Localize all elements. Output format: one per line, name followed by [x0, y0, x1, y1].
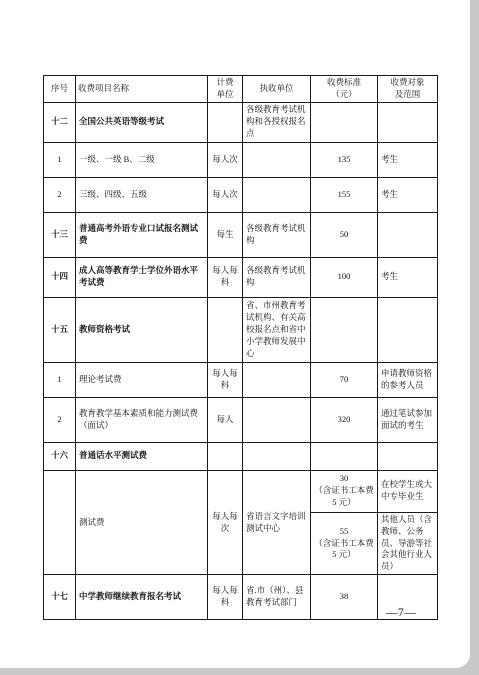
cell-name: 教育教学基本素质和能力测试费（面试） [76, 397, 208, 442]
cell-unit [208, 102, 243, 142]
cell-name: 教师资格考试 [76, 297, 208, 362]
cell-name: 成人高等教育学士学位外语水平考试费 [76, 257, 208, 297]
cell-no: 2 [44, 397, 76, 442]
cell-no: 十三 [44, 212, 76, 257]
table-row-section-13: 十三 普通高考外语专业口试报名测试费 每生 各级教育考试机构 50 [44, 212, 438, 257]
fee-schedule-table: 序号 收费项目名称 计费 单位 执收单位 收费标准 （元） 收费对象 及范围 十… [43, 75, 438, 620]
cell-name: 一级、一级 B、二级 [76, 142, 208, 177]
cell-name: 测试费 [76, 470, 208, 574]
cell-target [378, 442, 438, 470]
cell-unit: 每生 [208, 212, 243, 257]
cell-fee: 135 [311, 142, 378, 177]
page-number: —7— [386, 607, 416, 619]
cell-fee: 320 [311, 397, 378, 442]
col-header-agency: 执收单位 [243, 76, 311, 103]
cell-target: 考生 [378, 257, 438, 297]
col-header-target: 收费对象 及范围 [378, 76, 438, 103]
cell-agency [243, 142, 311, 177]
cell-target: 考生 [378, 177, 438, 212]
cell-unit: 每人次 [208, 177, 243, 212]
cell-no: 十六 [44, 442, 76, 470]
table-row: 1 一级、一级 B、二级 每人次 135 考生 [44, 142, 438, 177]
table-header-row: 序号 收费项目名称 计费 单位 执收单位 收费标准 （元） 收费对象 及范围 [44, 76, 438, 103]
cell-target: 在校学生或大中专毕业生 [378, 470, 438, 512]
cell-fee: 38 [311, 575, 378, 620]
cell-agency [243, 177, 311, 212]
cell-fee [311, 297, 378, 362]
cell-fee: 55 （含证书工本费 5 元） [311, 512, 378, 574]
cell-target: 申请教师资格的参考人员 [378, 362, 438, 397]
cell-target: 其他人员（含教师、公务员、导游等社会其他行业人员） [378, 512, 438, 574]
cell-unit: 每人 [208, 397, 243, 442]
cell-name: 中学教师继续教育报名考试 [76, 575, 208, 620]
table-row-section-12: 十二 全国公共英语等级考试 各级教育考试机构和各授权报名点 [44, 102, 438, 142]
cell-agency [243, 442, 311, 470]
cell-name: 普通话水平测试费 [76, 442, 208, 470]
cell-unit [208, 442, 243, 470]
table-row: 1 理论考试费 每人每科 70 申请教师资格的参考人员 [44, 362, 438, 397]
cell-no: 1 [44, 142, 76, 177]
cell-agency: 省.市（州）、县教育考试部门 [243, 575, 311, 620]
cell-agency: 各级教育考试机构 [243, 257, 311, 297]
cell-fee [311, 442, 378, 470]
col-header-unit: 计费 单位 [208, 76, 243, 103]
cell-fee: 155 [311, 177, 378, 212]
cell-fee: 100 [311, 257, 378, 297]
cell-target [378, 297, 438, 362]
cell-unit: 每人每科 [208, 362, 243, 397]
table-row-test-fee-sub1: 测试费 每人每次 省语言文字培训测试中心 30 （含证书工本费 5 元） 在校学… [44, 470, 438, 512]
table-row-section-17: 十七 中学教师继续教育报名考试 每人每科 省.市（州）、县教育考试部门 38 [44, 575, 438, 620]
cell-target: 考生 [378, 142, 438, 177]
cell-unit: 每人每科 [208, 575, 243, 620]
cell-name: 普通高考外语专业口试报名测试费 [76, 212, 208, 257]
cell-unit: 每人次 [208, 142, 243, 177]
col-header-name: 收费项目名称 [76, 76, 208, 103]
table-row-section-14: 十四 成人高等教育学士学位外语水平考试费 每人每科 各级教育考试机构 100 考… [44, 257, 438, 297]
table-row-section-16: 十六 普通话水平测试费 [44, 442, 438, 470]
cell-agency: 各级教育考试机构和各授权报名点 [243, 102, 311, 142]
cell-agency [243, 362, 311, 397]
table-row: 2 教育教学基本素质和能力测试费（面试） 每人 320 通过笔试参加面试的考生 [44, 397, 438, 442]
cell-target [378, 212, 438, 257]
table-row: 2 三级、四级、五级 每人次 155 考生 [44, 177, 438, 212]
cell-unit [208, 297, 243, 362]
cell-agency: 各级教育考试机构 [243, 212, 311, 257]
cell-target: 通过笔试参加面试的考生 [378, 397, 438, 442]
cell-fee: 30 （含证书工本费 5 元） [311, 470, 378, 512]
cell-unit: 每人每次 [208, 470, 243, 574]
cell-target [378, 102, 438, 142]
cell-name: 全国公共英语等级考试 [76, 102, 208, 142]
cell-no: 十二 [44, 102, 76, 142]
cell-agency: 省、市州教育考试机构、有关高校报名点和省中小学教师发展中心 [243, 297, 311, 362]
cell-name: 理论考试费 [76, 362, 208, 397]
cell-agency: 省语言文字培训测试中心 [243, 470, 311, 574]
cell-no: 十七 [44, 575, 76, 620]
table-row-section-15: 十五 教师资格考试 省、市州教育考试机构、有关高校报名点和省中小学教师发展中心 [44, 297, 438, 362]
cell-fee [311, 102, 378, 142]
cell-no: 十四 [44, 257, 76, 297]
cell-fee: 50 [311, 212, 378, 257]
col-header-no: 序号 [44, 76, 76, 103]
cell-no: 2 [44, 177, 76, 212]
cell-name: 三级、四级、五级 [76, 177, 208, 212]
col-header-fee: 收费标准 （元） [311, 76, 378, 103]
cell-agency [243, 397, 311, 442]
cell-fee: 70 [311, 362, 378, 397]
document-page: 序号 收费项目名称 计费 单位 执收单位 收费标准 （元） 收费对象 及范围 十… [0, 0, 470, 668]
cell-no: 十五 [44, 297, 76, 362]
cell-no: 1 [44, 362, 76, 397]
cell-unit: 每人每科 [208, 257, 243, 297]
cell-no [44, 470, 76, 574]
